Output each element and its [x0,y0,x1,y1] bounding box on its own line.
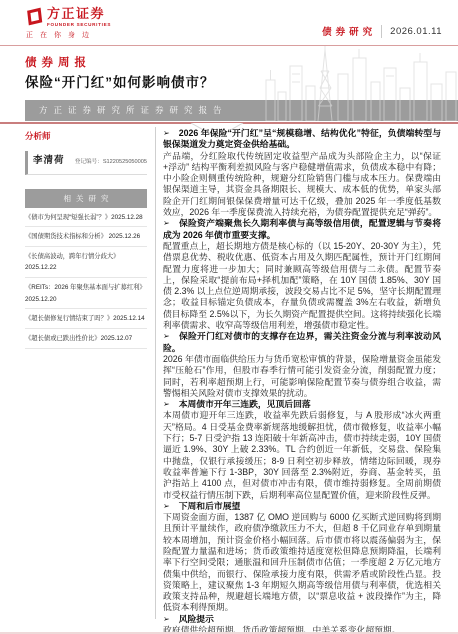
arrow-bullet-icon: ➢ [163,399,170,410]
content-divider-line [155,127,156,619]
analyst-row: 李清荷 登记编号：S1220525050005 [25,151,147,175]
arrow-bullet-icon: ➢ [163,331,170,342]
related-research-item: 《REITs：2026 年聚焦基本面与扩募红利》2025.12.20 [25,278,147,309]
city-skyline-illustration-overlay [263,100,458,121]
brand-name: 方正证券 [47,7,111,20]
institute-banner-text: 方正证券研究所证券研究报告 [39,100,228,121]
section-heading: ➢风险提示 [163,614,441,625]
abstract-content: ➢2026 年保险“开门红”呈“规模稳增、结构优化”特征，负债端转型与银保渠道发… [163,128,441,634]
related-item-date: 2025.12.07 [101,335,133,342]
report-title: 保险“开门红”如何影响债市？ [25,71,215,91]
page-header: 方正证券 FOUNDER SECURITIES 正在你身边 债券研究 2026.… [0,0,458,46]
brand-tagline: 正在你身边 [26,30,96,40]
arrow-bullet-icon: ➢ [163,613,170,624]
related-item-date: 2025.12.26 [109,233,141,240]
analyst-registration-number: 登记编号：S1220525050005 [75,157,147,165]
related-item-date: 2025.12.20 [25,296,57,303]
related-research-item: 《债市为何呈现“短强长弱”？》2025.12.28 [25,208,147,228]
related-item-date: 2025.12.22 [25,264,57,271]
brand-logo: 方正证券 FOUNDER SECURITIES [25,7,111,27]
section-body: 本周债市迎开年三连跌，收益率先跌后弱修复，与 A 股形成“冰火两重天”格局。4 … [163,410,441,500]
related-item-date: 2025.12.28 [111,214,143,221]
section-heading: ➢2026 年保险“开门红”呈“规模稳增、结构优化”特征，负债端转型与银保渠道发… [163,128,441,151]
arrow-bullet-icon: ➢ [163,218,170,229]
related-research-header: 相关研究 [25,189,147,208]
section-heading: ➢本周债市开年三连跌，见顶后回落 [163,399,441,410]
section-heading: ➢保险开门红对债市的支撑存在边界，需关注资金分流与利率波动风险。 [163,331,441,354]
founder-logo-icon [25,7,44,26]
header-separator [381,25,382,38]
institute-banner: 方正证券研究所证券研究报告 [25,100,458,121]
section-heading: ➢下周和后市展望 [163,501,441,512]
related-research-item: 《超长债修复行情结束了吗？》2025.12.14 [25,309,147,329]
sidebar: 分析师 李清荷 登记编号：S1220525050005 相关研究 《债市为何呈现… [25,130,147,349]
arrow-bullet-icon: ➢ [163,500,170,511]
report-category: 债券研究 [322,24,376,38]
report-date: 2026.01.11 [390,26,442,37]
brand-name-en: FOUNDER SECURITIES [47,22,111,27]
section-body: 产品端，分红险取代传统固定收益型产品成为头部险企主力，以“保证+浮动” 结构平衡… [163,151,441,219]
related-research-item: 《超长债或已跌出性价比》2025.12.07 [25,329,147,349]
report-page: 方正证券 FOUNDER SECURITIES 正在你身边 债券研究 2026.… [0,0,458,634]
related-research-item: 《国债期货技术指标和分析》 2025.12.26 [25,227,147,247]
section-body: 下周资金面方面，1387 亿 OMO 逆回购与 6000 亿买断式逆回购将到期且… [163,512,441,614]
section-body: 2026 年债市面临供给压力与货币宽松审慎的背景，保险增量资金虽能发挥“压舱石”… [163,354,441,399]
related-research-item: 《长债高波动，跨年行情分歧大》2025.12.22 [25,247,147,278]
analyst-name: 李清荷 [33,152,65,166]
section-body: 配置重点上，超长期地方债是核心标的（以 15-20Y、20-30Y 为主），凭借… [163,241,441,331]
report-type-label: 债券周报 [25,54,91,70]
analyst-label: 分析师 [25,130,147,142]
related-item-date: 2025.12.14 [113,315,145,322]
section-heading: ➢保险资产端聚焦长久期利率债与高等级信用债，配置逻辑与节奏将成为 2026 年债… [163,218,441,241]
arrow-bullet-icon: ➢ [163,128,170,139]
